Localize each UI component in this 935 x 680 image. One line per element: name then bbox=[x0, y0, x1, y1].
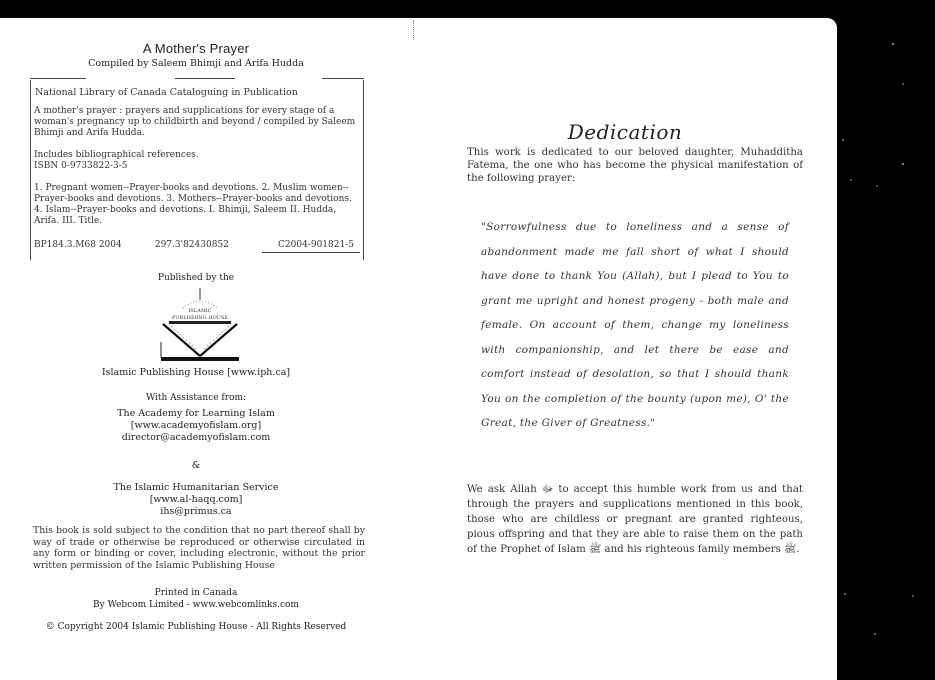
cip-references-note: Includes bibliographical references. bbox=[34, 150, 358, 161]
printed-in: Printed in Canada bbox=[0, 587, 392, 599]
cip-numbers: BP184.3.M68 2004 297.3'82430852 C2004-90… bbox=[34, 240, 360, 253]
assistance-label: With Assistance from: bbox=[0, 393, 392, 403]
cip-control-number: C2004-901821-5 bbox=[262, 240, 360, 253]
cip-border bbox=[175, 78, 235, 79]
cip-dewey: 297.3'82430852 bbox=[155, 240, 229, 253]
printer-info: Printed in Canada By Webcom Limited - ww… bbox=[0, 587, 392, 611]
scan-noise bbox=[837, 0, 935, 680]
cip-main-entry: A mother's prayer : prayers and supplica… bbox=[34, 106, 358, 139]
dedication-prayer: "Sorrowfulness due to loneliness and a s… bbox=[481, 215, 789, 436]
publisher-name: Islamic Publishing House [www.iph.ca] bbox=[0, 367, 392, 378]
dedication-closing: We ask Allah ﷻ to accept this humble wor… bbox=[467, 482, 803, 557]
legal-notice: This book is sold subject to the conditi… bbox=[33, 525, 365, 571]
cataloguing-block: National Library of Canada Cataloguing i… bbox=[30, 80, 364, 260]
assistance-org-2: The Islamic Humanitarian Service [www.al… bbox=[0, 482, 392, 518]
org-1-url: [www.academyofislam.org] bbox=[0, 420, 392, 432]
ampersand: & bbox=[0, 460, 392, 471]
cip-references: Includes bibliographical references. ISB… bbox=[34, 150, 358, 172]
dedication-intro: This work is dedicated to our beloved da… bbox=[467, 146, 803, 185]
published-by-label: Published by the bbox=[0, 273, 392, 283]
org-2-email: ihs@primus.ca bbox=[0, 506, 392, 518]
cip-subjects: 1. Pregnant women--Prayer-books and devo… bbox=[34, 183, 360, 227]
cip-call-number: BP184.3.M68 2004 bbox=[34, 240, 122, 253]
book-title: A Mother's Prayer bbox=[0, 41, 392, 56]
cip-isbn: ISBN 0-9733822-3-5 bbox=[34, 161, 358, 172]
org-1-email: director@academyofislam.com bbox=[0, 432, 392, 444]
printer-name: By Webcom Limited - www.webcomlinks.com bbox=[0, 599, 392, 611]
cip-border bbox=[322, 78, 364, 79]
org-2-url: [www.al-haqq.com] bbox=[0, 494, 392, 506]
cip-border bbox=[30, 78, 86, 79]
svg-text:PUBLISHING HOUSE: PUBLISHING HOUSE bbox=[172, 315, 228, 321]
copyright-notice: © Copyright 2004 Islamic Publishing Hous… bbox=[0, 622, 392, 632]
org-2-name: The Islamic Humanitarian Service bbox=[0, 482, 392, 494]
dedication-section: Dedication This work is dedicated to our… bbox=[415, 0, 835, 680]
org-1-name: The Academy for Learning Islam bbox=[0, 408, 392, 420]
assistance-org-1: The Academy for Learning Islam [www.acad… bbox=[0, 408, 392, 444]
book-subtitle: Compiled by Saleem Bhimji and Arifa Hudd… bbox=[0, 58, 392, 69]
cip-heading: National Library of Canada Cataloguing i… bbox=[35, 87, 298, 98]
dedication-heading: Dedication bbox=[415, 120, 835, 144]
publisher-logo-icon: ISLAMIC PUBLISHING HOUSE bbox=[155, 286, 245, 366]
svg-text:ISLAMIC: ISLAMIC bbox=[188, 308, 211, 314]
